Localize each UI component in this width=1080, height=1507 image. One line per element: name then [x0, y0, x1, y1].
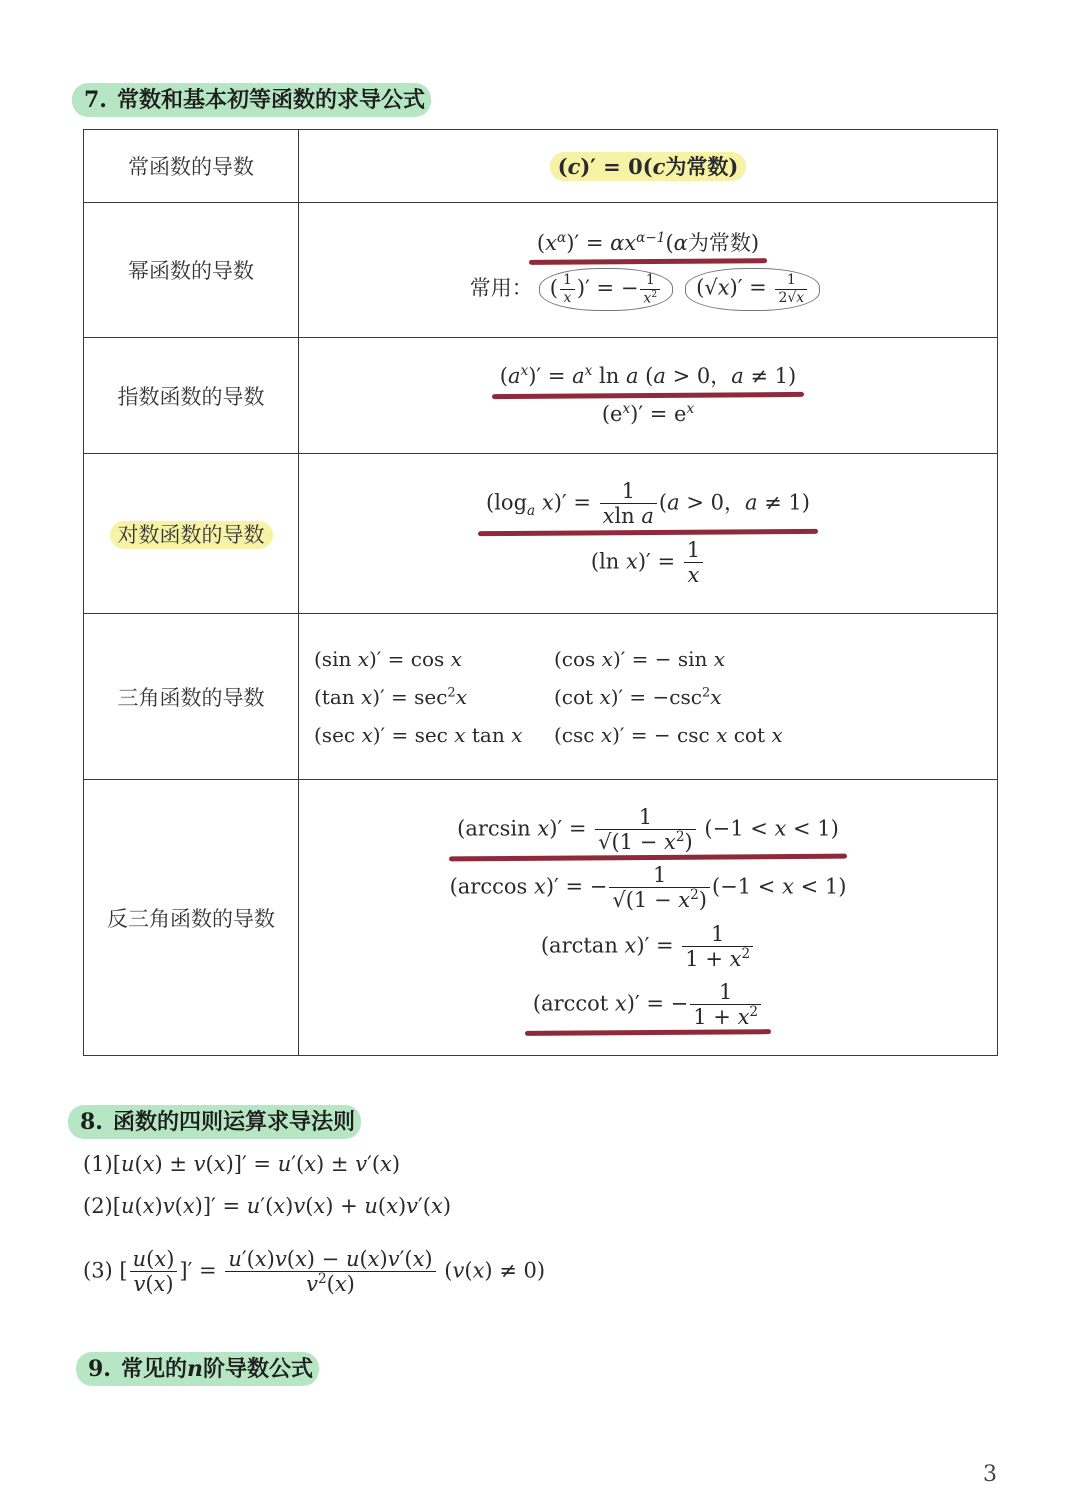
formula-cell: (loga x)′ = 1xln a(a > 0，a ≠ 1) (ln x)′ … [299, 454, 998, 614]
formula-cell: (ax)′ = ax ln a (a > 0，a ≠ 1) (ex)′ = ex [299, 338, 998, 454]
section-title-text: 函数的四则运算求导法则 [113, 1109, 355, 1135]
formula-cell: (arcsin x)′ = 1√(1 − x2) (−1 < x < 1) (a… [299, 780, 998, 1056]
row-label: 三角函数的导数 [84, 614, 299, 780]
rule-sum: (1)[u(x) ± v(x)]′ = u′(x) ± v′(x) [83, 1148, 545, 1190]
row-label: 对数函数的导数 [84, 454, 299, 614]
section-number: 7. [84, 87, 107, 113]
formula-log: (loga x)′ = 1xln a(a > 0，a ≠ 1) [486, 480, 810, 528]
table-row: 反三角函数的导数 (arcsin x)′ = 1√(1 − x2) (−1 < … [84, 780, 998, 1056]
rule-quotient: (3) [u(x)v(x)]′ = u′(x)v(x) − u(x)v′(x)v… [83, 1248, 545, 1290]
formula-exponential: (ax)′ = ax ln a (a > 0，a ≠ 1) [500, 362, 796, 391]
formula-cell: (xα)′ = αxα−1(α为常数) 常用：(1x)′ = −1x2(√x)′… [299, 203, 998, 338]
formula-arctan: (arctan x)′ = 11 + x2 [300, 923, 996, 971]
label-highlighted: 对数函数的导数 [110, 521, 273, 549]
rule-product: (2)[u(x)v(x)]′ = u′(x)v(x) + u(x)v′(x) [83, 1190, 545, 1232]
formula-ln: (ln x)′ = 1x [300, 539, 996, 587]
formula-arccos: (arccos x)′ = −1√(1 − x2)(−1 < x < 1) [300, 864, 996, 912]
formula-sqrt: (√x)′ = 12√x [685, 268, 820, 310]
formula-arccot: (arccot x)′ = −11 + x2 [533, 981, 763, 1029]
section-title-7: 7.常数和基本初等函数的求导公式 [72, 83, 431, 117]
section-title-text: 常数和基本初等函数的求导公式 [117, 87, 425, 113]
trig-formulas: (sin x)′ = cos x(cos x)′ = − sin x (tan … [300, 631, 996, 763]
section-title-text: 阶导数公式 [203, 1356, 313, 1382]
formula-constant: (c)′ = 0(c为常数) [550, 152, 747, 181]
formula-cell: (c)′ = 0(c为常数) [299, 130, 998, 203]
formula-arcsin: (arcsin x)′ = 1√(1 − x2) (−1 < x < 1) [457, 806, 839, 854]
formula-cell: (sin x)′ = cos x(cos x)′ = − sin x (tan … [299, 614, 998, 780]
formula-exp-e: (ex)′ = ex [300, 400, 996, 429]
table-row: 对数函数的导数 (loga x)′ = 1xln a(a > 0，a ≠ 1) … [84, 454, 998, 614]
row-label: 幂函数的导数 [84, 203, 299, 338]
page-number: 3 [983, 1462, 997, 1487]
formula-reciprocal: (1x)′ = −1x2 [539, 268, 673, 311]
section-title-var: n [187, 1356, 203, 1382]
table-row: 指数函数的导数 (ax)′ = ax ln a (a > 0，a ≠ 1) (e… [84, 338, 998, 454]
table-row: 幂函数的导数 (xα)′ = αxα−1(α为常数) 常用：(1x)′ = −1… [84, 203, 998, 338]
row-label: 常函数的导数 [84, 130, 299, 203]
derivative-table: 常函数的导数 (c)′ = 0(c为常数) 幂函数的导数 (xα)′ = αxα… [83, 129, 998, 1056]
common-label: 常用： [470, 276, 533, 300]
section-number: 8. [80, 1109, 103, 1135]
table-row: 常函数的导数 (c)′ = 0(c为常数) [84, 130, 998, 203]
row-label: 指数函数的导数 [84, 338, 299, 454]
section-title-9: 9.常见的n阶导数公式 [76, 1352, 319, 1386]
row-label: 反三角函数的导数 [84, 780, 299, 1056]
arithmetic-rules: (1)[u(x) ± v(x)]′ = u′(x) ± v′(x) (2)[u(… [83, 1148, 545, 1290]
section-title-text: 常见的 [121, 1356, 187, 1382]
formula-power: (xα)′ = αxα−1(α为常数) [537, 229, 759, 258]
section-title-8: 8.函数的四则运算求导法则 [68, 1105, 361, 1139]
section-number: 9. [88, 1356, 111, 1382]
table-row: 三角函数的导数 (sin x)′ = cos x(cos x)′ = − sin… [84, 614, 998, 780]
